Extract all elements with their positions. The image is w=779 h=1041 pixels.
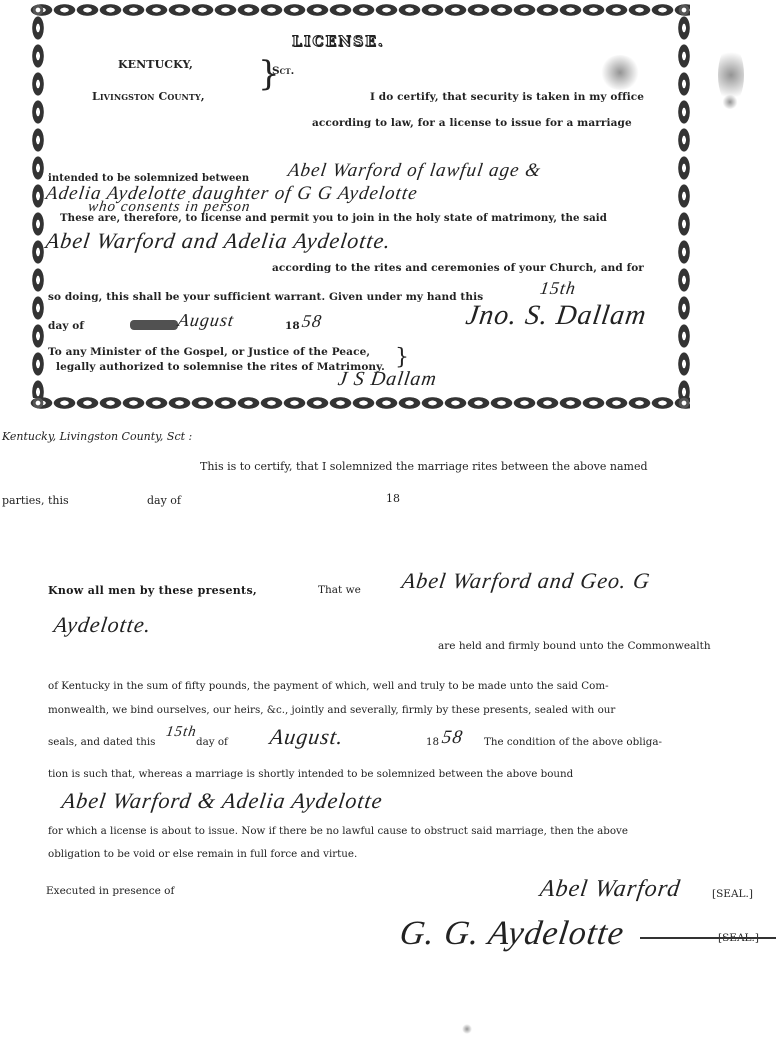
license-line: These are, therefore, to license and per… — [60, 212, 607, 224]
corner-ornament — [678, 4, 690, 16]
ink-dot — [462, 1024, 472, 1034]
seal-label: [SEAL.] — [712, 888, 753, 900]
license-line: according to law, for a license to issue… — [312, 117, 632, 129]
bond-that-we: That we — [318, 584, 361, 596]
corner-ornament — [32, 397, 44, 409]
bond-line: tion is such that, whereas a marriage is… — [48, 768, 573, 780]
bond-year-prefix: 18 — [426, 736, 439, 748]
certificate-parties: parties, this — [2, 494, 69, 507]
ink-smudge — [722, 95, 738, 109]
corner-ornament — [678, 397, 690, 409]
state-label: KENTUCKY, — [118, 58, 193, 71]
certificate-heading: Kentucky, Livingston County, Sct : — [2, 430, 192, 443]
address-line: legally authorized to solemnise the rite… — [56, 361, 385, 373]
bond-line: seals, and dated this — [48, 736, 155, 748]
bond-line: monwealth, we bind ourselves, our heirs,… — [48, 704, 615, 716]
handwritten-said-parties: Abel Warford and Adelia Aydelotte. — [44, 228, 393, 254]
license-line: according to the rites and ceremonies of… — [272, 262, 644, 274]
bond-line: obligation to be void or else remain in … — [48, 848, 357, 860]
handwritten-year: 58 — [440, 727, 464, 749]
executed-label: Executed in presence of — [46, 885, 174, 897]
certificate-year: 18 — [386, 492, 400, 505]
ink-smudge — [600, 55, 640, 90]
bond-intro: Know all men by these presents, — [48, 584, 257, 597]
license-title: LICENSE. — [292, 34, 385, 50]
bond-line: of Kentucky in the sum of fifty pounds, … — [48, 680, 609, 692]
bond-line: The condition of the above obliga- — [484, 736, 662, 748]
clerk-signature: Jno. S. Dallam — [464, 300, 649, 332]
handwritten-year: 58 — [301, 311, 324, 332]
handwritten-parties: Abel Warford of lawful age & — [286, 160, 542, 182]
signature-abel-warford: Abel Warford — [538, 876, 682, 903]
handwritten-day: 15th — [539, 278, 578, 299]
handwritten-obligors: Aydelotte. — [52, 612, 153, 638]
year-prefix: 18 — [285, 320, 300, 332]
certificate-line: This is to certify, that I solemnized th… — [200, 460, 648, 473]
sct-label: Sct. — [272, 65, 294, 77]
handwritten-obligors: Abel Warford and Geo. G — [400, 568, 652, 594]
license-line: I do certify, that security is taken in … — [370, 91, 644, 103]
signature-stroke — [640, 937, 776, 939]
address-line: To any Minister of the Gospel, or Justic… — [48, 346, 370, 358]
bond-line: for which a license is about to issue. N… — [48, 825, 628, 837]
border-left — [31, 14, 45, 398]
handwritten-month: August — [177, 310, 236, 331]
signature-g-g-aydelotte: G. G. Aydelotte — [397, 915, 626, 953]
bond-day-of: day of — [196, 736, 228, 748]
brace: } — [395, 345, 409, 370]
corner-ornament — [32, 4, 44, 16]
bond-line: are held and firmly bound unto the Commo… — [438, 640, 711, 652]
certificate-day-of: day of — [147, 494, 181, 507]
handwritten-day: 15th — [165, 724, 198, 741]
county-label: Livingston County, — [92, 90, 205, 103]
border-top — [30, 3, 690, 17]
handwritten-couple: Abel Warford & Adelia Aydelotte — [60, 788, 384, 814]
border-right — [677, 14, 691, 398]
day-of-label: day of — [48, 320, 84, 332]
license-line: so doing, this shall be your sufficient … — [48, 291, 483, 303]
border-bottom — [30, 396, 690, 410]
ink-blot — [130, 320, 178, 330]
handwritten-month: August. — [268, 724, 345, 750]
clerk-initials: J S Dallam — [336, 368, 438, 391]
